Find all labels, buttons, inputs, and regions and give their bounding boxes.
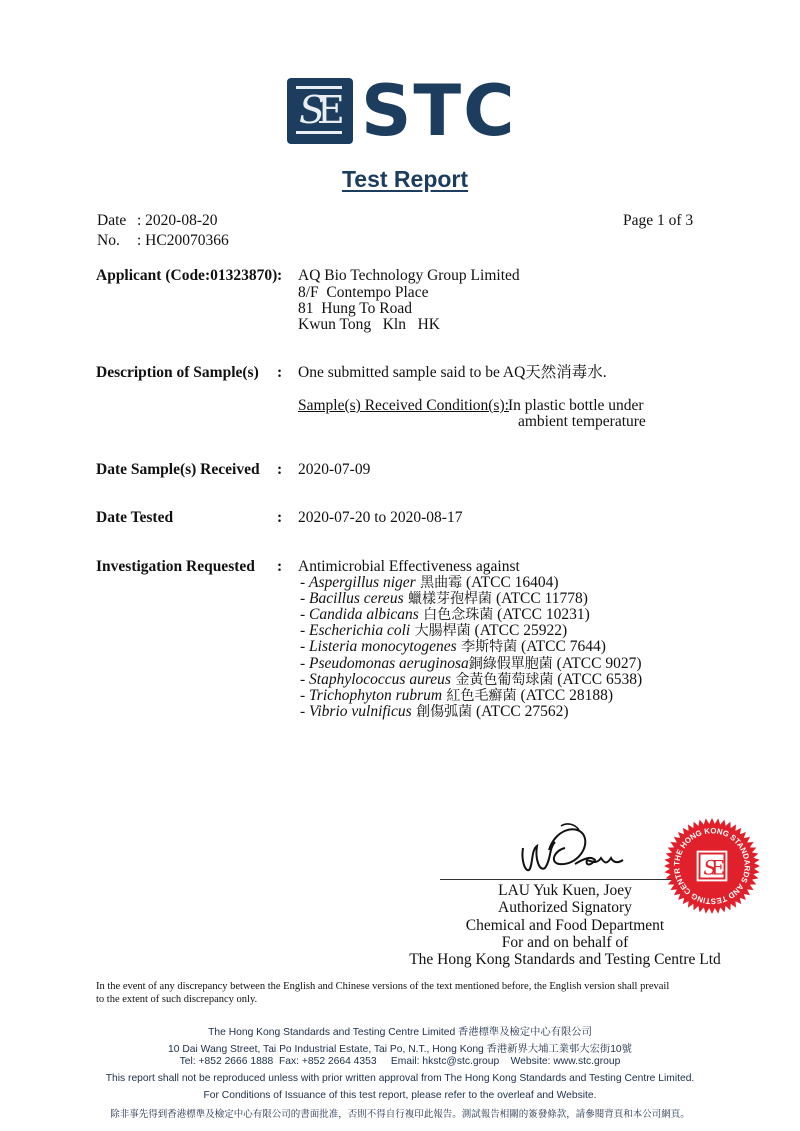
organism-atcc-code: (ATCC 28188) (517, 687, 613, 704)
description-colon: : (277, 365, 282, 381)
organism-chinese-name: 蠟樣芽孢桿菌 (404, 591, 492, 607)
organism-chinese-name: 金黃色葡萄球菌 (451, 672, 553, 688)
report-no-label: No. (97, 233, 120, 249)
condition-value-2: ambient temperature (518, 414, 646, 430)
footer-conditions-notice: For Conditions of Issuance of this test … (0, 1090, 800, 1101)
svg-text:E: E (711, 857, 725, 880)
condition-label: Sample(s) Received Condition(s): (298, 398, 509, 414)
organism-latin-name: Bacillus cereus (309, 590, 404, 607)
applicant-label: Applicant (Code:01323870) (96, 268, 277, 284)
organism-item: - Vibrio vulnificus 創傷弧菌 (ATCC 27562) (300, 704, 569, 720)
investigation-intro: Antimicrobial Effectiveness against (298, 559, 520, 575)
date-tested-colon: : (277, 510, 282, 526)
organism-atcc-code: (ATCC 27562) (472, 703, 568, 720)
applicant-address-3: Kwun Tong Kln HK (298, 317, 440, 333)
signature-image (515, 820, 635, 880)
organism-item: - Candida albicans 白色念珠菌 (ATCC 10231) (300, 607, 590, 623)
organism-latin-name: Staphylococcus aureus (309, 671, 451, 688)
page-number: Page 1 of 3 (623, 213, 693, 229)
applicant-address-2: 81 Hung To Road (298, 301, 412, 317)
organism-item: - Bacillus cereus 蠟樣芽孢桿菌 (ATCC 11778) (300, 591, 588, 607)
organism-latin-name: Trichophyton rubrum (309, 687, 442, 704)
organism-atcc-code: (ATCC 7644) (517, 638, 606, 655)
company-seal-stamp-icon: THE HONG KONG STANDARDS AND TESTING CENT… (664, 818, 760, 914)
signatory-behalf: For and on behalf of (400, 935, 730, 951)
organism-chinese-name: 白色念珠菌 (419, 607, 493, 623)
organism-latin-name: Aspergillus niger (309, 574, 416, 591)
description-label: Description of Sample(s) (96, 365, 259, 381)
organism-atcc-code: (ATCC 11778) (492, 590, 588, 607)
signatory-department: Chemical and Food Department (400, 918, 730, 934)
organism-item: - Escherichia coli 大腸桿菌 (ATCC 25922) (300, 623, 567, 639)
signatory-company: The Hong Kong Standards and Testing Cent… (380, 952, 750, 968)
organism-latin-name: Escherichia coli (309, 622, 410, 639)
organism-chinese-name: 創傷弧菌 (412, 704, 472, 720)
organism-atcc-code: (ATCC 25922) (471, 622, 567, 639)
organism-atcc-code: (ATCC 16404) (462, 574, 558, 591)
date-received-label: Date Sample(s) Received (96, 462, 260, 478)
organism-atcc-code: (ATCC 9027) (553, 655, 642, 672)
organism-item: - Staphylococcus aureus 金黃色葡萄球菌 (ATCC 65… (300, 672, 642, 688)
language-disclaimer: In the event of any discrepancy between … (96, 980, 706, 1006)
date-label: Date (97, 213, 126, 229)
condition-value-1: In plastic bottle under (508, 398, 644, 414)
investigation-label: Investigation Requested (96, 559, 255, 575)
organism-latin-name: Vibrio vulnificus (309, 703, 412, 720)
date-tested-value: 2020-07-20 to 2020-08-17 (298, 510, 462, 526)
date-value: : 2020-08-20 (137, 213, 218, 229)
date-tested-label: Date Tested (96, 510, 173, 526)
organism-atcc-code: (ATCC 6538) (553, 671, 642, 688)
organism-chinese-name: 紅色毛癬菌 (442, 688, 516, 704)
applicant-name: AQ Bio Technology Group Limited (298, 268, 520, 284)
organism-chinese-name: 黑曲霉 (416, 575, 462, 591)
stc-logo-text: STC (361, 72, 517, 150)
footer-address: 10 Dai Wang Street, Tai Po Industrial Es… (0, 1040, 800, 1055)
organism-atcc-code: (ATCC 10231) (493, 606, 589, 623)
organism-chinese-name: 銅綠假單胞菌 (469, 656, 553, 672)
organism-item: - Aspergillus niger 黑曲霉 (ATCC 16404) (300, 575, 559, 591)
description-value: One submitted sample said to be AQ天然消毒水. (298, 365, 607, 381)
footer-chinese-notice: 除非事先得到香港標準及檢定中心有限公司的書面批准，否則不得自行複印此報告。測試報… (0, 1106, 800, 1120)
stc-logo: S E STC (287, 78, 527, 144)
date-received-value: 2020-07-09 (298, 462, 370, 478)
organism-item: - Listeria monocytogenes 李斯特菌 (ATCC 7644… (300, 639, 606, 655)
footer-company: The Hong Kong Standards and Testing Cent… (0, 1023, 800, 1038)
report-no-value: : HC20070366 (137, 233, 229, 249)
organism-chinese-name: 大腸桿菌 (410, 623, 470, 639)
stc-logo-mark-icon: S E (287, 78, 353, 144)
page-title: Test Report (0, 166, 800, 193)
organism-latin-name: Candida albicans (309, 606, 419, 623)
organism-item: - Trichophyton rubrum 紅色毛癬菌 (ATCC 28188) (300, 688, 613, 704)
organism-latin-name: Listeria monocytogenes (309, 638, 457, 655)
footer-reproduction-notice: This report shall not be reproduced unle… (0, 1073, 800, 1084)
organism-chinese-name: 李斯特菌 (457, 639, 517, 655)
organism-item: - Pseudomonas aeruginosa銅綠假單胞菌 (ATCC 902… (300, 656, 641, 672)
footer-contact: Tel: +852 2666 1888 Fax: +852 2664 4353 … (0, 1056, 800, 1067)
applicant-address-1: 8/F Contempo Place (298, 285, 428, 301)
organism-latin-name: Pseudomonas aeruginosa (309, 655, 469, 672)
date-received-colon: : (277, 462, 282, 478)
investigation-colon: : (277, 559, 282, 575)
applicant-colon: : (277, 268, 282, 284)
